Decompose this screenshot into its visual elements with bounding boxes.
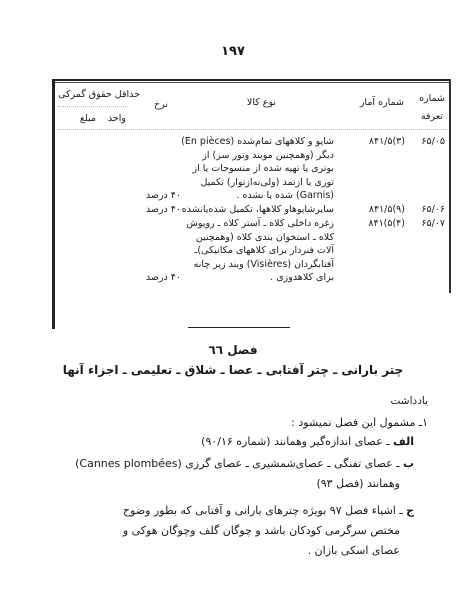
- header-tariff-number: شماره: [419, 93, 445, 104]
- goods-line: (Garnis) شده یا نشده .: [184, 189, 334, 203]
- tariff-number: ۶۵/۰۵: [409, 135, 445, 149]
- goods-line: سایرشاپوهاو کلاهها، تکمیل شده‌یانشده: [184, 203, 334, 217]
- note-item-b-cont: وهمانند (فصل ۹۳): [0, 474, 400, 493]
- header-divider: [58, 129, 448, 130]
- rate-value: ۴۰ درصد: [127, 271, 181, 285]
- tariff-number: ۶۵/۰۷: [409, 217, 445, 231]
- chapter-title: چتر بارانی ـ چتر آفتابی ـ عصا ـ شلاق ـ ت…: [0, 363, 466, 377]
- rate-value: ۴۰ درصد: [127, 189, 181, 203]
- chapter-number: فصل ٦٦: [0, 343, 466, 357]
- note-item-c-cont2: عصای اسکی بازان .: [0, 541, 400, 560]
- note-label-b: ب: [403, 457, 414, 470]
- goods-line: کلاه ـ استخوان بندی کلاه (وهمچنین: [184, 231, 334, 245]
- note-label-a: الف: [393, 435, 414, 448]
- page-number: ۱۹۷: [0, 44, 466, 59]
- table-left-border: [52, 79, 55, 329]
- note-label-c: ج: [406, 504, 414, 517]
- note-item-c: ج ـ اشیاء فصل ۹۷ بویژه چترهای بارانی و آ…: [14, 501, 414, 520]
- header-minimum-duty: حداقل حقوق گمرکی: [58, 89, 140, 100]
- goods-description: سایرشاپوهاو کلاهها، تکمیل شده‌یانشده: [184, 203, 334, 217]
- tariff-table: شماره تعرفه شماره آمار نوع کالا نرخ حداق…: [52, 79, 451, 329]
- note-text-a: ـ عصای اندازه‌گیر وهمانند (شماره ۹۰/۱۶): [201, 435, 393, 448]
- note-item-1: ۱ـ مشمول این فصل نمیشود :: [28, 413, 428, 432]
- goods-description: زغره داخلی کلاه ـ آستر کلاه ـ روپوش کلاه…: [184, 217, 334, 285]
- table-top-border: [52, 79, 451, 83]
- note-text-c: ـ اشیاء فصل ۹۷ بویژه چترهای بارانی و آفت…: [123, 504, 406, 517]
- header-goods-type: نوع کالا: [247, 97, 276, 108]
- table-right-border: [449, 79, 451, 293]
- goods-line: شاپو و کلاههای تمام‌شده (En pièces): [184, 135, 334, 149]
- note-item-c-cont: مختص سرگرمی کودکان باشد و چوگان گلف وچوگ…: [0, 521, 400, 540]
- statistical-number: ۸۴۱/۵(۳): [349, 135, 405, 149]
- goods-description: شاپو و کلاههای تمام‌شده (En pièces) دیگر…: [184, 135, 334, 203]
- goods-line: توری یا ازنمد (ولی‌نه‌ازنوار) تکمیل: [184, 176, 334, 190]
- note-item-b: ب ـ عصای تفنگی ـ عصای‌شمشیری ـ عصای گرزی…: [14, 454, 414, 473]
- goods-line: بوتری یا تهیه شده از منسوجات یا از: [184, 162, 334, 176]
- tariff-number: ۶۵/۰۶: [409, 203, 445, 217]
- goods-line: زغره داخلی کلاه ـ آستر کلاه ـ روپوش: [184, 217, 334, 231]
- note-text-b: ـ عصای تفنگی ـ عصای‌شمشیری ـ عصای گرزی (…: [75, 457, 403, 470]
- header-unit: واحد: [108, 113, 126, 124]
- header-rate: نرخ: [154, 99, 168, 110]
- header-tariff-number-line2: تعرفه: [421, 111, 443, 122]
- section-divider: [188, 327, 290, 328]
- goods-line: برای کلاهدوزی .: [184, 271, 334, 285]
- statistical-number: ۸۴۱(۵(۴): [349, 217, 405, 231]
- header-amount: مبلغ: [80, 113, 96, 124]
- goods-line: آلات فنردار برای کلاههای مکانیکی)ـ: [184, 244, 334, 258]
- goods-line: دیگر (وهمچنین موبند وتور سر) از: [184, 149, 334, 163]
- header-statistical-number: شماره آمار: [360, 97, 404, 108]
- note-item-a: الف ـ عصای اندازه‌گیر وهمانند (شماره ۹۰/…: [14, 432, 414, 451]
- rate-value: ۴۰ درصد: [127, 203, 181, 217]
- statistical-number: ۸۴۱/۵(۹): [349, 203, 405, 217]
- goods-line: آفتابگردان (Visières) وبند زیر چانه: [184, 258, 334, 272]
- header-subdivider: [58, 106, 128, 107]
- notes-heading: یادداشت: [391, 395, 429, 407]
